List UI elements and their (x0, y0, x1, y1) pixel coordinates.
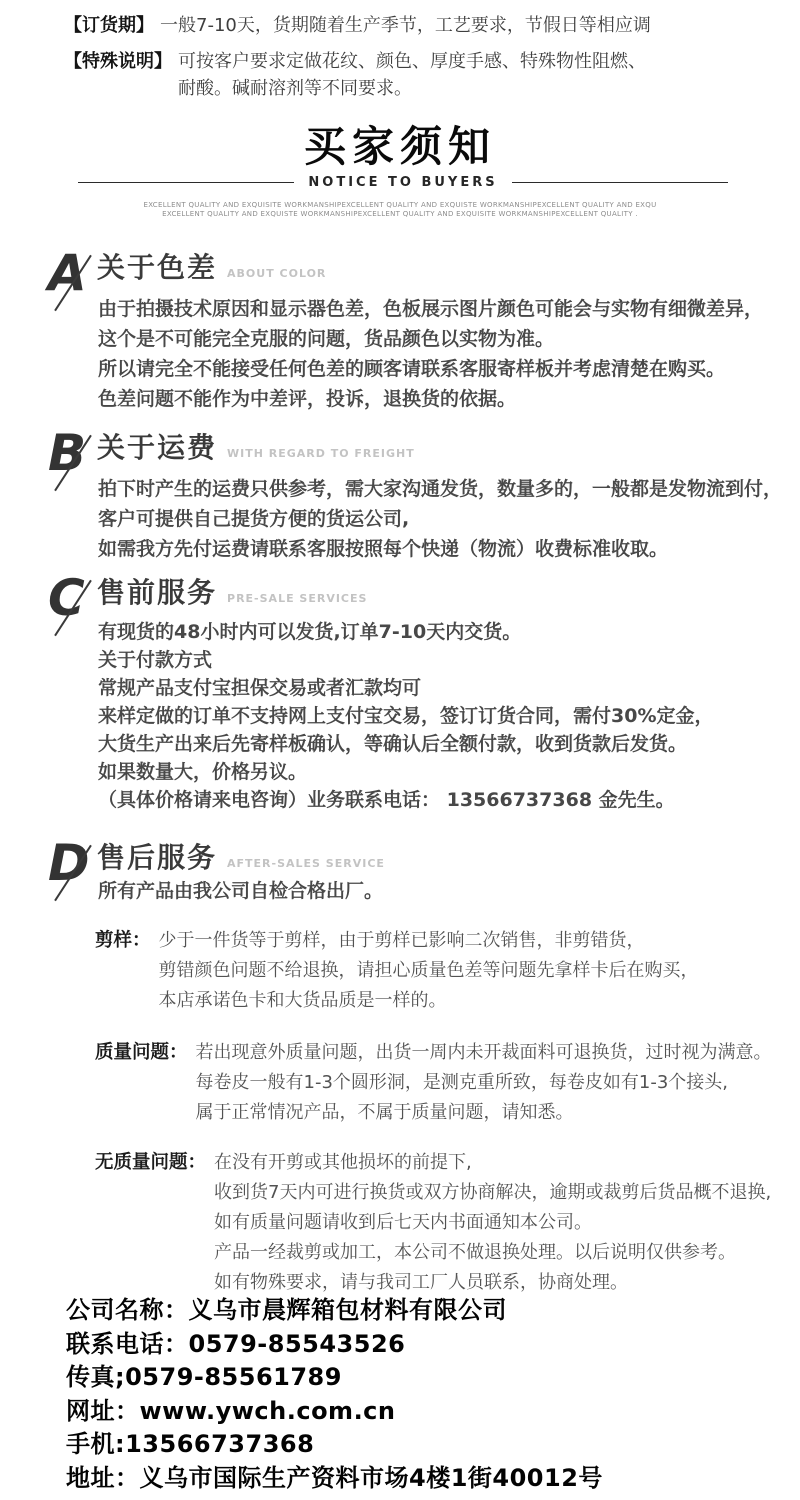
policy-body: 在没有开剪或其他损坏的前提下, 收到货7天内可进行换货或双方协商解决，逾期或裁剪… (214, 1148, 771, 1298)
section-letter-b: B (44, 428, 104, 500)
section-heading: 售后服务 AFTER-SALES SERVICE (97, 842, 385, 874)
special-note-label: 【特殊说明】 (64, 48, 172, 75)
section-letter-c: C (44, 573, 104, 645)
fineprint-line: EXCELLENT QUALITY AND EXQUISTE WORKMANSH… (0, 210, 800, 219)
section-letter-a: A (44, 248, 104, 320)
rule-left (78, 182, 294, 183)
section-heading: 关于色差 ABOUT COLOR (97, 252, 326, 284)
order-period-text: 一般7-10天，货期随着生产季节，工艺要求，节假日等相应调 (160, 12, 651, 39)
section-title: 售后服务 (97, 842, 217, 874)
order-period-row: 【订货期】 一般7-10天，货期随着生产季节，工艺要求，节假日等相应调 (64, 12, 774, 39)
policy-body: 若出现意外质量问题，出货一周内未开裁面料可退换货，过时视为满意。 每卷皮一般有1… (196, 1038, 772, 1128)
special-note-row: 【特殊说明】 可按客户要求定做花纹、颜色、厚度手感、特殊物性阻燃、 耐酸。碱耐溶… (64, 48, 774, 102)
section-title: 关于运费 (97, 432, 217, 464)
notice-subtitle-row: NOTICE TO BUYERS (78, 175, 728, 190)
company-website: 网址：www.ywch.com.cn (66, 1395, 603, 1429)
policy-no-quality-issue: 无质量问题： 在没有开剪或其他损坏的前提下, 收到货7天内可进行换货或双方协商解… (95, 1148, 771, 1298)
company-name: 公司名称：义乌市晨辉箱包材料有限公司 (66, 1294, 603, 1328)
section-subtitle: AFTER-SALES SERVICE (227, 857, 385, 874)
section-subtitle: WITH REGARD TO FREIGHT (227, 447, 415, 464)
policy-label: 质量问题： (95, 1038, 188, 1068)
policy-sample-cutting: 剪样： 少于一件货等于剪样，由于剪样已影响二次销售，非剪错货， 剪错颜色问题不给… (95, 926, 699, 1016)
buyer-notice-page: 【订货期】 一般7-10天，货期随着生产季节，工艺要求，节假日等相应调 【特殊说… (0, 0, 800, 1500)
section-heading: 关于运费 WITH REGARD TO FREIGHT (97, 432, 415, 464)
section-title: 关于色差 (97, 252, 217, 284)
section-title: 售前服务 (97, 577, 217, 609)
order-period-label: 【订货期】 (64, 12, 154, 39)
company-phone: 联系电话：0579-85543526 (66, 1328, 603, 1362)
policy-body: 少于一件货等于剪样，由于剪样已影响二次销售，非剪错货， 剪错颜色问题不给退换，请… (159, 926, 699, 1016)
section-subtitle: PRE-SALE SERVICES (227, 592, 367, 609)
company-address: 地址：义乌市国际生产资料市场4楼1街40012号 (66, 1462, 603, 1496)
page-title: 买家须知 (0, 114, 800, 174)
company-info: 公司名称：义乌市晨辉箱包材料有限公司 联系电话：0579-85543526 传真… (66, 1294, 603, 1495)
section-body: 拍下时产生的运费只供参考，需大家沟通发货，数量多的，一般都是发物流到付， 客户可… (98, 474, 782, 564)
company-mobile: 手机:13566737368 (66, 1428, 603, 1462)
fineprint-line: EXCELLENT QUALITY AND EXQUISITE WORKMANS… (0, 201, 800, 210)
policy-label: 无质量问题： (95, 1148, 206, 1178)
policy-quality-issue: 质量问题： 若出现意外质量问题，出货一周内未开裁面料可退换货，过时视为满意。 每… (95, 1038, 772, 1128)
section-body: 由于拍摄技术原因和显示器色差，色板展示图片颜色可能会与实物有细微差异， 这个是不… (98, 294, 763, 414)
special-note-text: 可按客户要求定做花纹、颜色、厚度手感、特殊物性阻燃、 耐酸。碱耐溶剂等不同要求。 (178, 48, 646, 102)
section-subtitle: ABOUT COLOR (227, 267, 326, 284)
company-fax: 传真;0579-85561789 (66, 1361, 603, 1395)
section-body: 所有产品由我公司自检合格出厂。 (98, 876, 383, 906)
section-body: 有现货的48小时内可以发货,订单7-10天内交货。 关于付款方式 常规产品支付宝… (98, 618, 713, 814)
top-notes: 【订货期】 一般7-10天，货期随着生产季节，工艺要求，节假日等相应调 【特殊说… (64, 12, 774, 111)
section-heading: 售前服务 PRE-SALE SERVICES (97, 577, 367, 609)
policy-label: 剪样： (95, 926, 151, 956)
section-letter-d: D (44, 838, 104, 910)
notice-subtitle: NOTICE TO BUYERS (294, 175, 511, 190)
rule-right (512, 182, 728, 183)
fineprint: EXCELLENT QUALITY AND EXQUISITE WORKMANS… (0, 201, 800, 219)
